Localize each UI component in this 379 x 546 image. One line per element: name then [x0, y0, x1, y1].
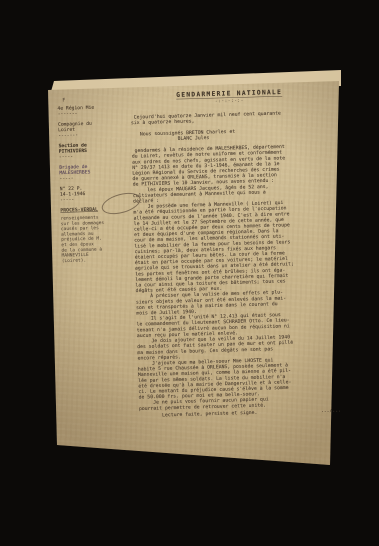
folio-mark: F — [62, 97, 82, 103]
continuation-mark: .../... — [321, 407, 341, 413]
margin-item: ------- — [58, 131, 136, 139]
page-content: F GENDARMERIE NATIONALE -:-:-:-:- 4e Rég… — [48, 82, 350, 452]
margin-item: ----- — [59, 152, 137, 160]
objet-line: (Loiret). — [62, 256, 140, 263]
closing-text: Lecture faite, persiste et signe. — [162, 410, 257, 418]
margin-item: ----- — [59, 174, 137, 182]
margin-item: ------- — [58, 109, 136, 117]
objet-lines: renseignementssur les dommagescausés par… — [61, 214, 140, 264]
body-lines: Cejourd'hui quatorze Janvier mil neuf ce… — [131, 109, 341, 411]
photo-background: F GENDARMERIE NATIONALE -:-:-:-:- 4e Rég… — [0, 0, 379, 546]
body-text: Cejourd'hui quatorze Janvier mil neuf ce… — [131, 109, 342, 431]
margin-items: 4e Région Mie-------Compagnie duLoiret--… — [57, 104, 138, 203]
